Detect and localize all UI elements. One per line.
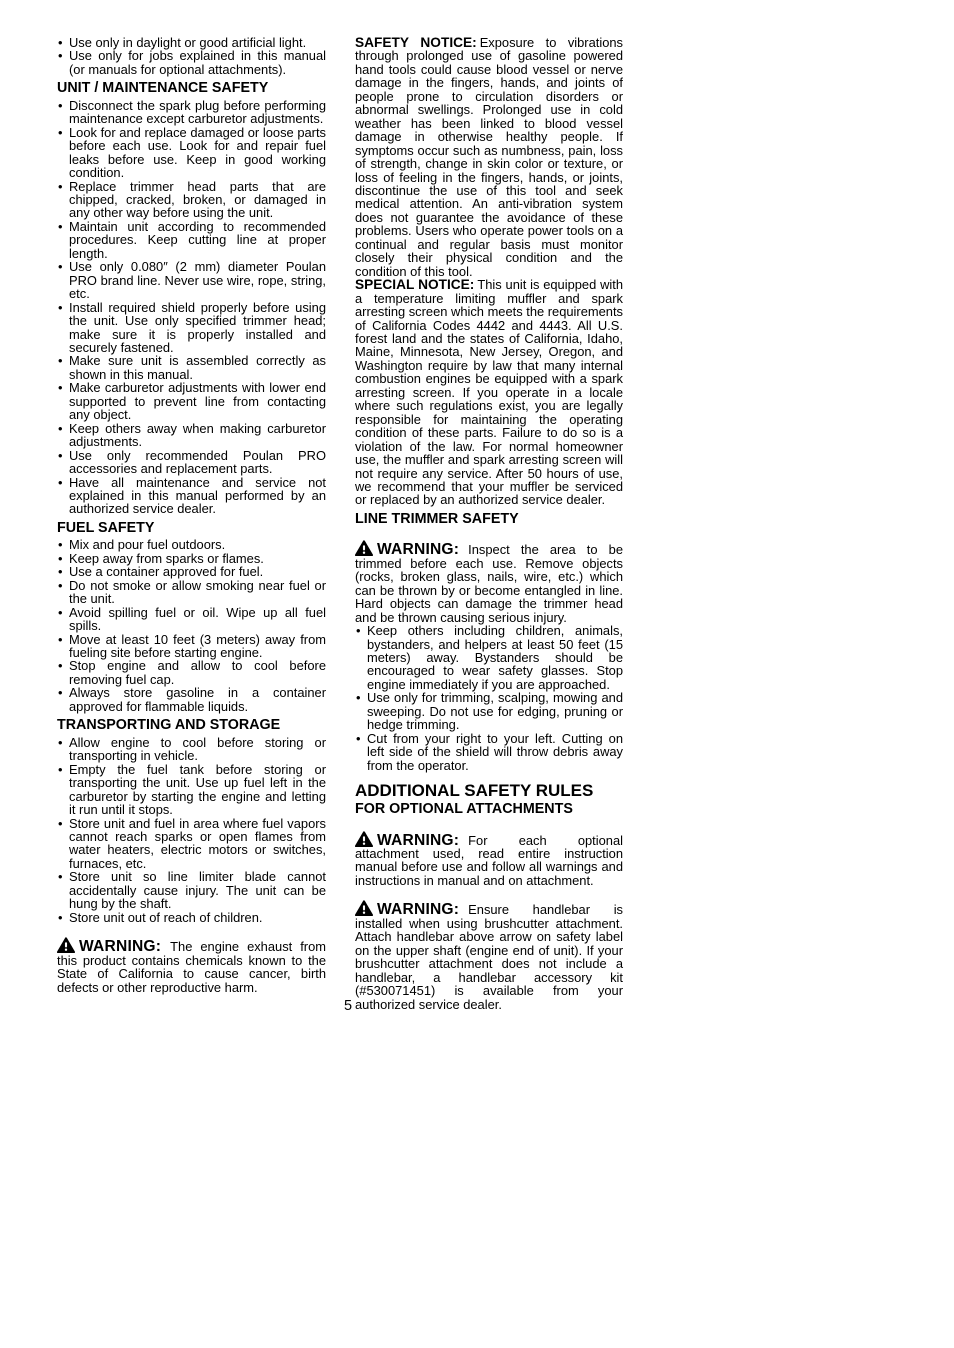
bullet-item: Avoid spilling fuel or oil. Wipe up all … (57, 606, 326, 633)
bullet-item: Keep others including children, animals,… (355, 624, 623, 691)
warning-paragraph: WARNING:Inspect the area to be trimmed b… (355, 540, 623, 624)
bullet-item: Move at least 10 feet (3 meters) away fr… (57, 633, 326, 660)
bullet-item: Store unit out of reach of children. (57, 911, 326, 924)
page-number: 5 (344, 998, 352, 1014)
bullet-item: Stop engine and allow to cool before rem… (57, 659, 326, 686)
right-column: SAFETY NOTICE:Exposure to vibrations thr… (355, 36, 623, 1011)
warning-text: Ensure handlebar is installed when using… (355, 902, 623, 1011)
bullet-list: Use only in daylight or good artificial … (57, 36, 326, 76)
notice-paragraph: SAFETY NOTICE:Exposure to vibrations thr… (355, 36, 623, 278)
bullet-item: Use only for trimming, scalping, mowing … (355, 691, 623, 731)
bullet-item: Make carburetor adjustments with lower e… (57, 381, 326, 421)
notice-text: This unit is equipped with a temperature… (355, 277, 623, 507)
bullet-item: Use a container approved for fuel. (57, 565, 326, 578)
bullet-item: Disconnect the spark plug before perform… (57, 99, 326, 126)
bullet-item: Maintain unit according to recommended p… (57, 220, 326, 260)
notice-paragraph: SPECIAL NOTICE:This unit is equipped wit… (355, 278, 623, 507)
bullet-list: Mix and pour fuel outdoors.Keep away fro… (57, 538, 326, 713)
bullet-item: Look for and replace damaged or loose pa… (57, 126, 326, 180)
left-column: Use only in daylight or good artificial … (57, 36, 326, 994)
bullet-item: Cut from your right to your left. Cuttin… (355, 732, 623, 772)
section-heading: TRANSPORTING AND STORAGE (57, 717, 326, 734)
bullet-item: Install required shield properly before … (57, 301, 326, 355)
bullet-item: Use only recommended Poulan PRO accessor… (57, 449, 326, 476)
warning-triangle-icon (355, 540, 373, 556)
heading-line: UNIT / MAINTENANCE SAFETY (57, 80, 326, 97)
warning-paragraph: WARNING:For each optional attachment use… (355, 831, 623, 888)
warning-triangle-icon (355, 831, 373, 847)
section-heading: ADDITIONAL SAFETY RULESFOR OPTIONAL ATTA… (355, 781, 623, 818)
bullet-list: Allow engine to cool before storing or t… (57, 736, 326, 924)
bullet-item: Allow engine to cool before storing or t… (57, 736, 326, 763)
section-heading: FUEL SAFETY (57, 520, 326, 537)
warning-paragraph: WARNING:Ensure handlebar is installed wh… (355, 900, 623, 1011)
bullet-item: Have all maintenance and service not exp… (57, 476, 326, 516)
heading-line: FUEL SAFETY (57, 520, 326, 537)
heading-line: ADDITIONAL SAFETY RULES (355, 781, 623, 801)
heading-line: LINE TRIMMER SAFETY (355, 511, 623, 528)
bullet-item: Do not smoke or allow smoking near fuel … (57, 579, 326, 606)
bullet-item: Store unit and fuel in area where fuel v… (57, 817, 326, 871)
bullet-item: Use only in daylight or good artificial … (57, 36, 326, 49)
bullet-item: Use only 0.080″ (2 mm) diameter Poulan P… (57, 260, 326, 300)
section-heading: UNIT / MAINTENANCE SAFETY (57, 80, 326, 97)
bullet-item: Make sure unit is assembled correctly as… (57, 354, 326, 381)
notice-text: Exposure to vibrations through prolonged… (355, 35, 623, 279)
bullet-item: Mix and pour fuel outdoors. (57, 538, 326, 551)
warning-paragraph: WARNING:The engine exhaust from this pro… (57, 937, 326, 994)
bullet-item: Keep others away when making carburetor … (57, 422, 326, 449)
bullet-list: Keep others including children, animals,… (355, 624, 623, 772)
heading-line: TRANSPORTING AND STORAGE (57, 717, 326, 734)
warning-triangle-icon (57, 937, 75, 953)
manual-page: Use only in daylight or good artificial … (0, 0, 954, 1348)
section-heading: LINE TRIMMER SAFETY (355, 511, 623, 528)
bullet-item: Use only for jobs explained in this manu… (57, 49, 326, 76)
bullet-item: Always store gasoline in a container app… (57, 686, 326, 713)
bullet-item: Keep away from sparks or flames. (57, 552, 326, 565)
bullet-item: Empty the fuel tank before storing or tr… (57, 763, 326, 817)
bullet-item: Replace trimmer head parts that are chip… (57, 180, 326, 220)
bullet-list: Disconnect the spark plug before perform… (57, 99, 326, 516)
heading-line: FOR OPTIONAL ATTACHMENTS (355, 801, 623, 818)
bullet-item: Store unit so line limiter blade cannot … (57, 870, 326, 910)
warning-triangle-icon (355, 900, 373, 916)
